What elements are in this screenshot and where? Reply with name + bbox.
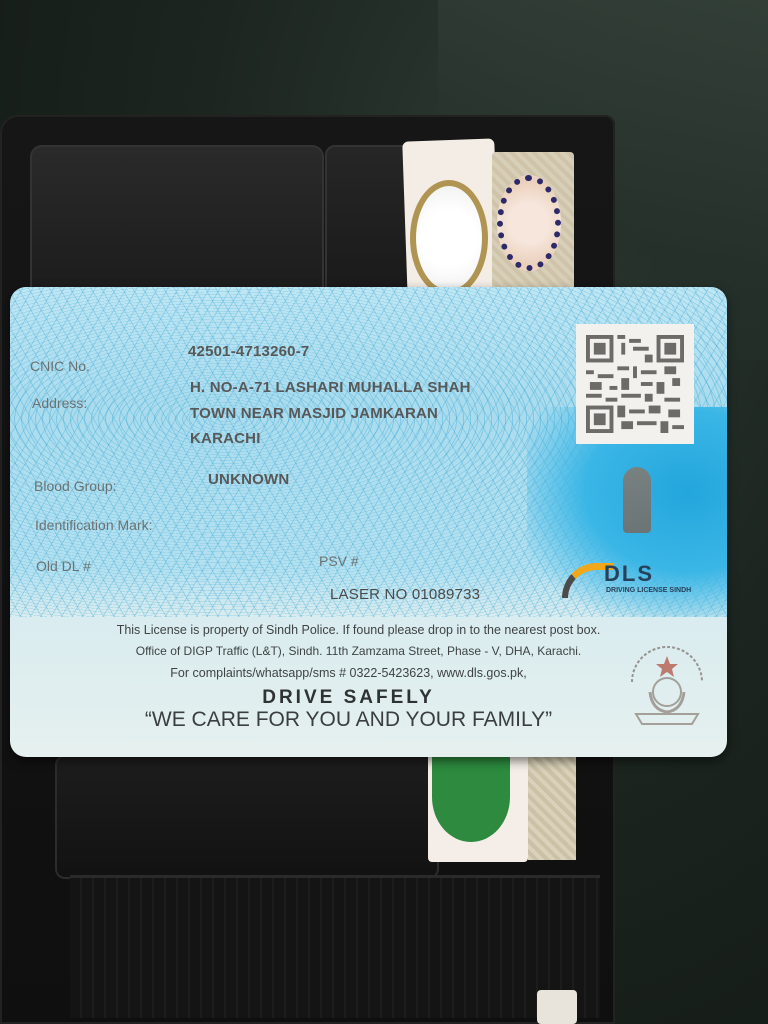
wallet-clip	[537, 990, 577, 1024]
wallet-lower-pocket	[55, 755, 439, 879]
footer-office-address: Office of DIGP Traffic (L&T), Sindh. 11t…	[10, 644, 717, 658]
slogan: “WE CARE FOR YOU AND YOUR FAMILY”	[10, 708, 707, 732]
laser-number: LASER NO 01089733	[330, 586, 480, 603]
address-line-3: KARACHI	[190, 430, 261, 447]
dls-logo-text: DLS	[604, 561, 654, 587]
blood-group-value: UNKNOWN	[208, 471, 289, 488]
gear-seal-icon	[497, 175, 561, 271]
address-line-1: H. NO-A-71 LASHARI MUHALLA SHAH	[190, 379, 471, 396]
blood-group-label: Blood Group:	[34, 478, 117, 494]
cnic-value: 42501-4713260-7	[188, 343, 309, 360]
footer-property-notice: This License is property of Sindh Police…	[10, 623, 717, 637]
slogan-title: DRIVE SAFELY	[10, 687, 707, 709]
footer-contact: For complaints/whatsapp/sms # 0322-54236…	[10, 666, 707, 680]
psv-label: PSV #	[319, 553, 359, 569]
bar-council-seal-icon	[410, 180, 488, 296]
address-line-2: TOWN NEAR MASJID JAMKARAN	[190, 405, 438, 422]
identification-mark-label: Identification Mark:	[35, 517, 153, 533]
cnic-label: CNIC No.	[30, 358, 90, 374]
dls-logo: DLS DRIVING LICENSE SINDH	[562, 557, 707, 601]
old-dl-label: Old DL #	[36, 558, 91, 574]
dls-logo-subtitle: DRIVING LICENSE SINDH	[606, 587, 691, 594]
sindh-police-emblem-icon	[622, 642, 712, 732]
background-card	[528, 752, 576, 860]
green-seal-icon	[432, 752, 510, 842]
ghost-photo-icon	[623, 467, 651, 533]
driving-license-card: CNIC No. 42501-4713260-7 Address: H. NO-…	[10, 287, 727, 757]
qr-code-icon	[576, 324, 694, 444]
wallet-lining	[70, 875, 600, 1018]
address-label: Address:	[32, 395, 87, 411]
photo-scene: CNIC No. 42501-4713260-7 Address: H. NO-…	[0, 0, 768, 1024]
